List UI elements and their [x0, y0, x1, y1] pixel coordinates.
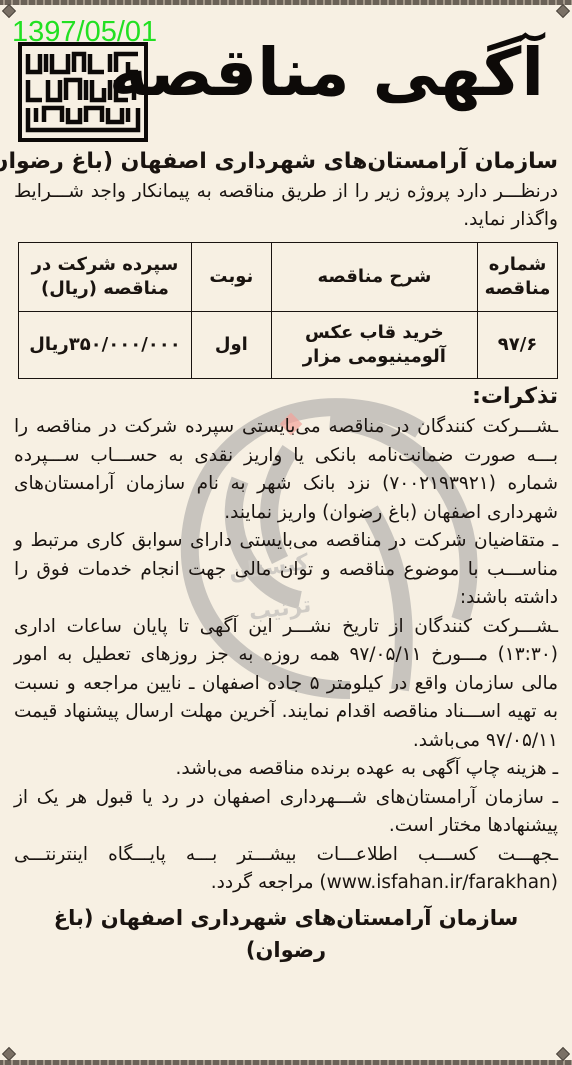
- kufic-logo-icon: [18, 42, 148, 142]
- corner-ornament-icon: [556, 4, 570, 18]
- cell-round: اول: [191, 312, 271, 379]
- note-item: ـجهـــت کســـب اطلاعـــات بیشـــتر بـــه…: [14, 841, 558, 898]
- note-item: ـ سازمان آرامستان‌های شـــهرداری اصفهان …: [14, 784, 558, 841]
- headline: آگهی مناقصه: [109, 30, 544, 116]
- header-round: نوبت: [191, 243, 271, 312]
- table-row: ۹۷/۶ خرید قاب عکس آلومینیومی مزار اول ۳۵…: [19, 312, 558, 379]
- border-bottom: [0, 1060, 572, 1065]
- header-number: شماره مناقصه: [478, 243, 558, 312]
- corner-ornament-icon: [2, 1047, 16, 1061]
- note-item: ـشـــرکت کنندگان در مناقصه می‌بایستی سپر…: [14, 413, 558, 527]
- cell-deposit: ۳۵۰/۰۰۰/۰۰۰ریال: [19, 312, 192, 379]
- tender-table: شماره مناقصه شرح مناقصه نوبت سپرده شرکت …: [18, 242, 558, 379]
- header-deposit: سپرده شرکت در مناقصه (ریال): [19, 243, 192, 312]
- cell-description: خرید قاب عکس آلومینیومی مزار: [271, 312, 477, 379]
- corner-ornament-icon: [556, 1047, 570, 1061]
- date-stamp: 1397/05/01: [12, 18, 157, 47]
- advertisement-page: 1397/05/01: [0, 0, 572, 1065]
- notes-title: تذکرات:: [14, 381, 558, 413]
- footer-organization: سازمان آرامستان‌های شهرداری اصفهان (باغ …: [14, 902, 558, 966]
- organization-title: سازمان آرامستان‌های شهرداری اصفهان (باغ …: [14, 146, 558, 178]
- table-header-row: شماره مناقصه شرح مناقصه نوبت سپرده شرکت …: [19, 243, 558, 312]
- note-item: ـ متقاضیان شرکت در مناقصه می‌بایستی دارا…: [14, 527, 558, 613]
- ad-content: سازمان آرامستان‌های شهرداری اصفهان (باغ …: [14, 146, 558, 966]
- note-item: ـشـــرکت کنندگان از تاریخ نشـــر این آگه…: [14, 613, 558, 756]
- notes-list: ـشـــرکت کنندگان در مناقصه می‌بایستی سپر…: [14, 413, 558, 898]
- intro-text: درنظـــر دارد پروژه زیر را از طریق مناقص…: [14, 178, 558, 234]
- cell-number: ۹۷/۶: [478, 312, 558, 379]
- header-description: شرح مناقصه: [271, 243, 477, 312]
- note-item: ـ هزینه چاپ آگهی به عهده برنده مناقصه می…: [14, 755, 558, 784]
- border-top: [0, 0, 572, 5]
